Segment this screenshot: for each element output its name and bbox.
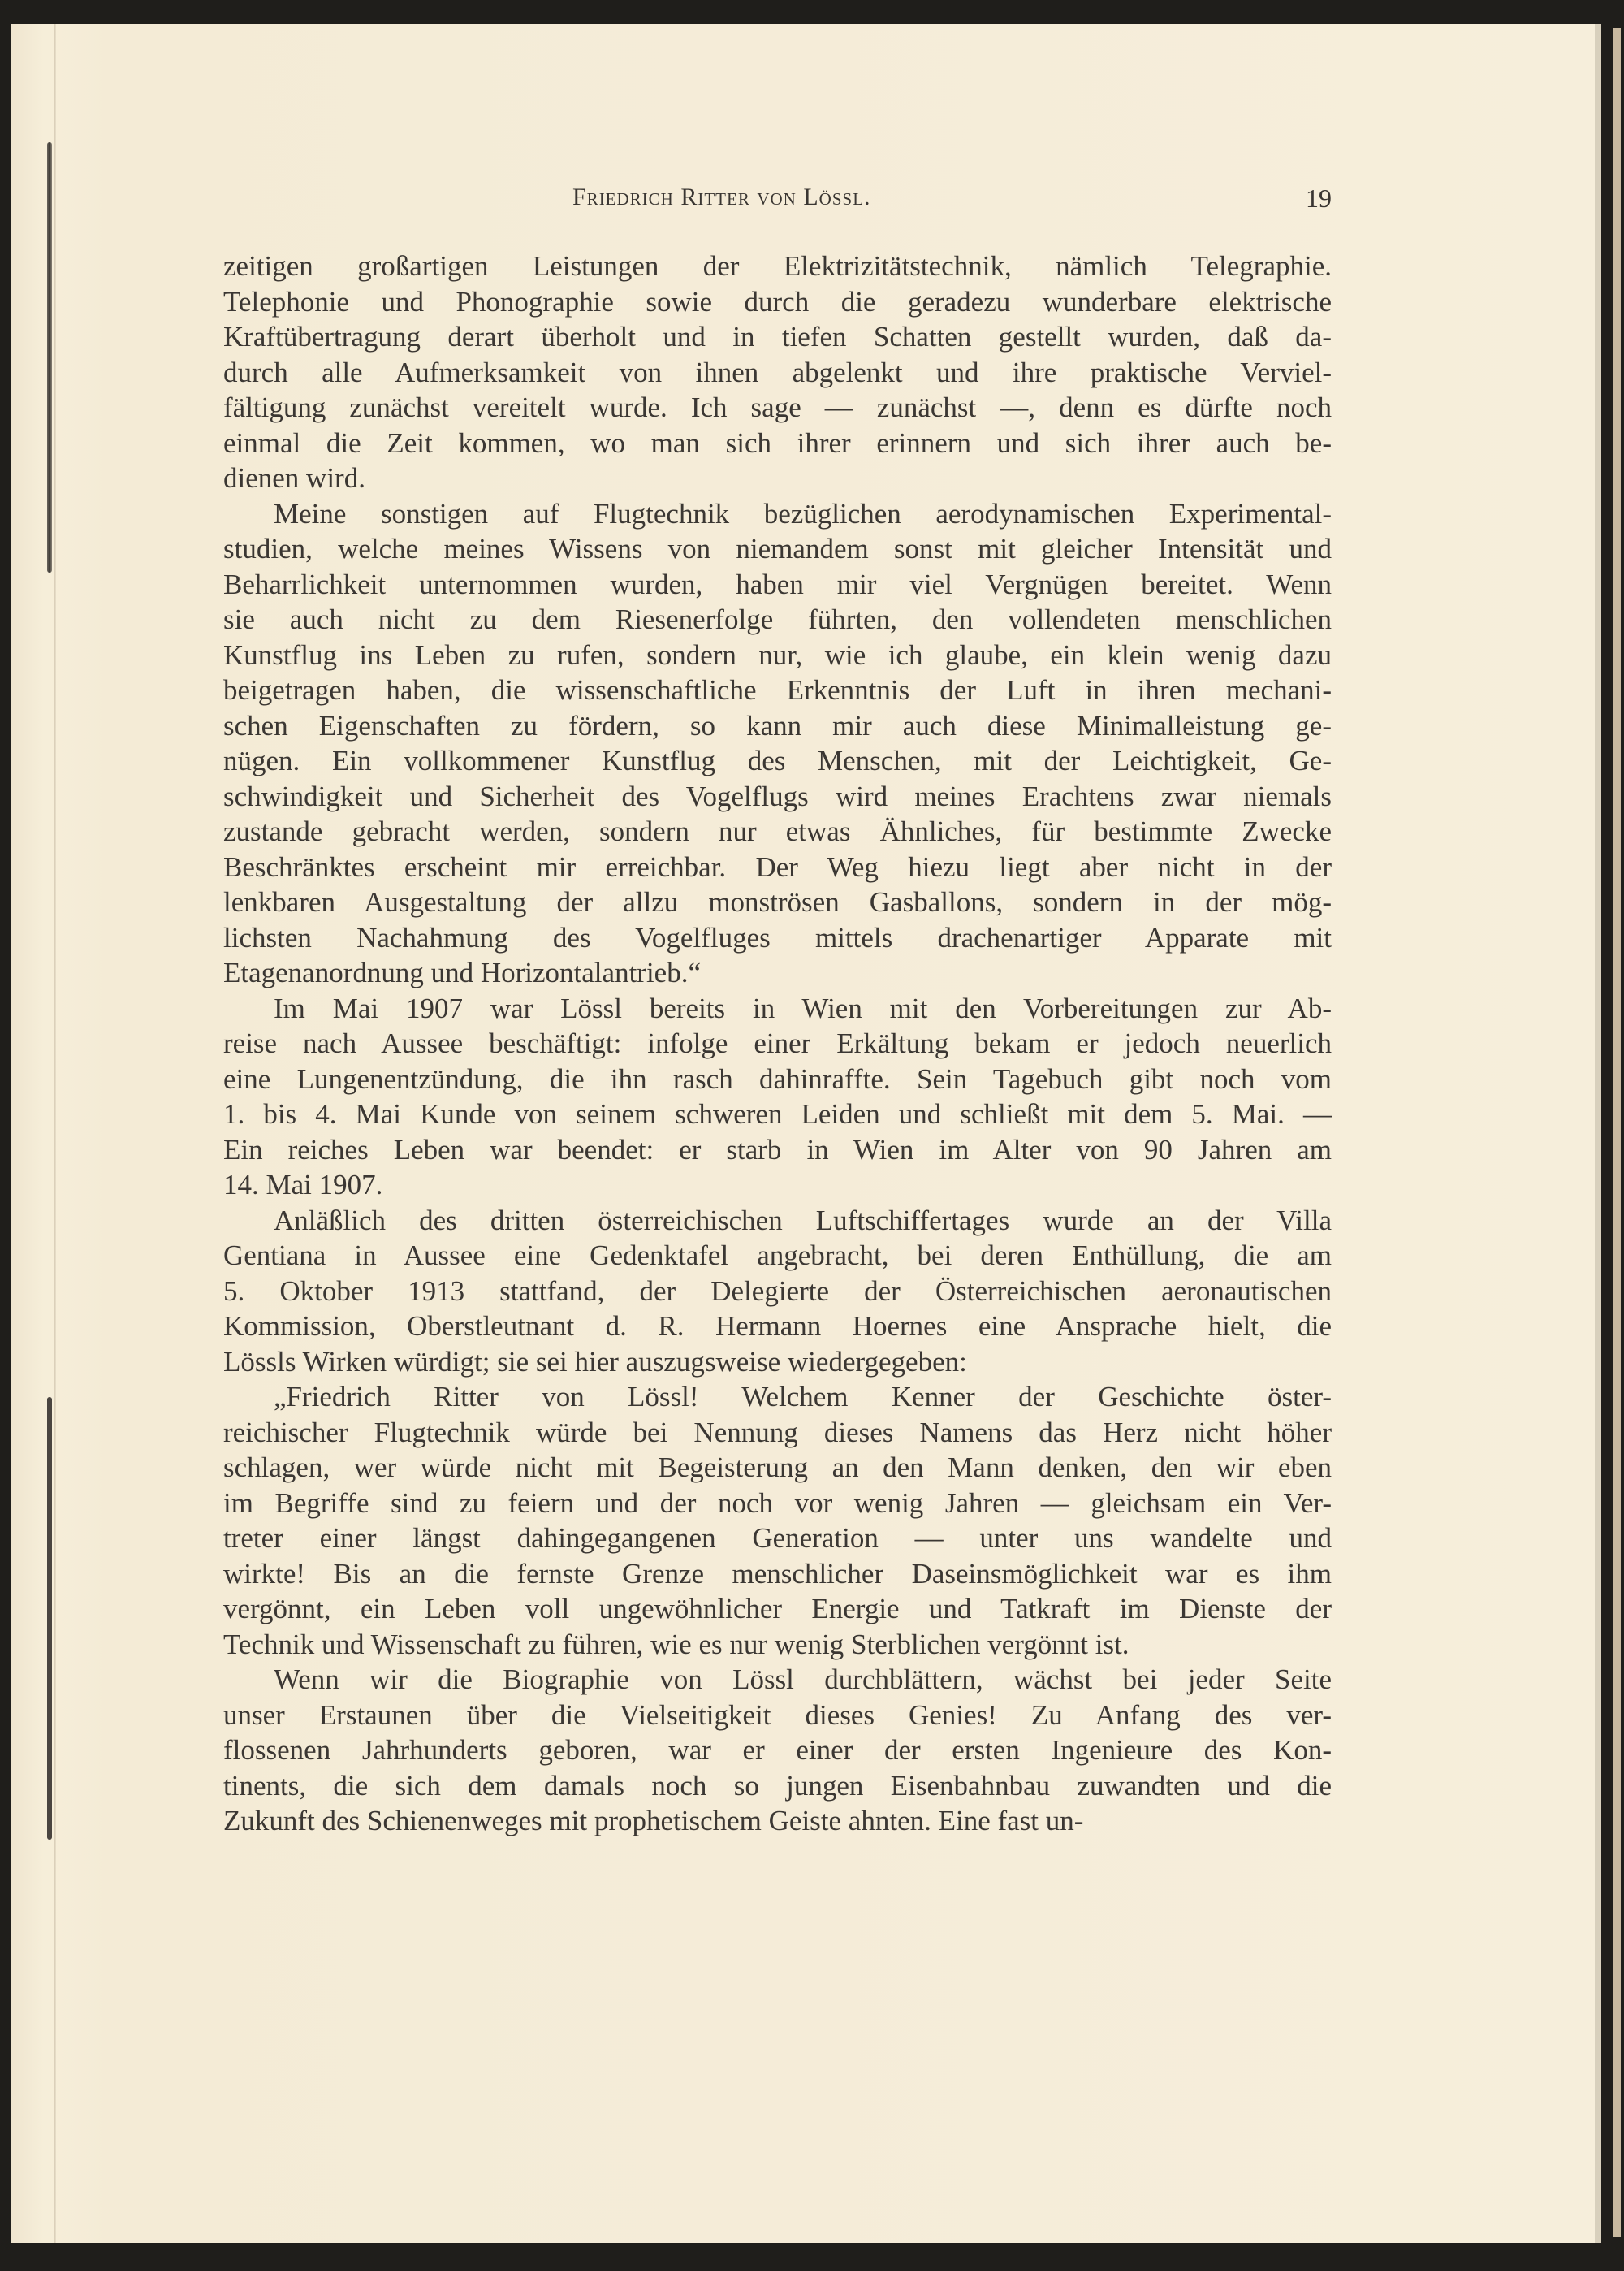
text-line: lenkbaren Ausgestaltung der allzu monstr… <box>223 885 1332 920</box>
text-line: Ein reiches Leben war beendet: er starb … <box>223 1132 1332 1168</box>
text-line: schen Eigenschaften zu fördern, so kann … <box>223 708 1332 744</box>
text-line: 1. bis 4. Mai Kunde von seinem schweren … <box>223 1097 1332 1132</box>
text-line: Zukunft des Schienenweges mit prophetisc… <box>223 1803 1332 1839</box>
text-line: Kunstflug ins Leben zu rufen, sondern nu… <box>223 638 1332 673</box>
text-line: flossenen Jahrhunderts geboren, war er e… <box>223 1732 1332 1768</box>
text-line: wirkte! Bis an die fernste Grenze mensch… <box>223 1556 1332 1592</box>
binding-thread-lower <box>47 1397 52 1840</box>
text-line: schlagen, wer würde nicht mit Begeisteru… <box>223 1450 1332 1486</box>
text-line: Im Mai 1907 war Lössl bereits in Wien mi… <box>223 991 1332 1027</box>
text-line: vergönnt, ein Leben voll ungewöhnlicher … <box>223 1591 1332 1627</box>
paragraph: Anläßlich des dritten österreichischen L… <box>223 1203 1332 1380</box>
text-line: Beschränktes erscheint mir erreichbar. D… <box>223 850 1332 885</box>
text-line: eine Lungenentzündung, die ihn rasch dah… <box>223 1062 1332 1097</box>
text-line: lichsten Nachahmung des Vogelfluges mitt… <box>223 920 1332 956</box>
text-line: durch alle Aufmerksamkeit von ihnen abge… <box>223 355 1332 391</box>
text-line: beigetragen haben, die wissenschaftliche… <box>223 673 1332 708</box>
text-line: fältigung zunächst vereitelt wurde. Ich … <box>223 390 1332 426</box>
text-line: studien, welche meines Wissens von niema… <box>223 531 1332 567</box>
text-line: Kommission, Oberstleutnant d. R. Hermann… <box>223 1309 1332 1344</box>
text-line: reise nach Aussee beschäftigt: infolge e… <box>223 1026 1332 1062</box>
text-line: Gentiana in Aussee eine Gedenktafel ange… <box>223 1238 1332 1274</box>
running-head: Friedrich Ritter von Lössl. 19 <box>223 184 1332 220</box>
text-line: 5. Oktober 1913 stattfand, der Delegiert… <box>223 1274 1332 1309</box>
text-line: treter einer längst dahingegangenen Gene… <box>223 1520 1332 1556</box>
text-line: 14. Mai 1907. <box>223 1167 1332 1203</box>
paragraph: „Friedrich Ritter von Lössl! Welchem Ken… <box>223 1379 1332 1662</box>
paragraph: zeitigen großartigen Leistungen der Elek… <box>223 249 1332 496</box>
paragraph: Wenn wir die Biographie von Lössl durchb… <box>223 1662 1332 1839</box>
body-text: zeitigen großartigen Leistungen der Elek… <box>223 249 1332 1839</box>
text-line: Anläßlich des dritten österreichischen L… <box>223 1203 1332 1239</box>
text-line: einmal die Zeit kommen, wo man sich ihre… <box>223 426 1332 461</box>
text-line: zustande gebracht werden, sondern nur et… <box>223 814 1332 850</box>
paragraph: Im Mai 1907 war Lössl bereits in Wien mi… <box>223 991 1332 1203</box>
running-title: Friedrich Ritter von Lössl. <box>572 184 871 211</box>
text-line: Telephonie und Phonographie sowie durch … <box>223 284 1332 320</box>
text-line: Technik und Wissenschaft zu führen, wie … <box>223 1627 1332 1663</box>
text-line: schwindigkeit und Sicherheit des Vogelfl… <box>223 779 1332 815</box>
page-number: 19 <box>1306 184 1332 214</box>
text-line: Meine sonstigen auf Flugtechnik bezüglic… <box>223 496 1332 532</box>
text-line: Kraftübertragung derart überholt und in … <box>223 319 1332 355</box>
text-line: im Begriffe sind zu feiern und der noch … <box>223 1486 1332 1521</box>
text-line: nügen. Ein vollkommener Kunstflug des Me… <box>223 743 1332 779</box>
binding-thread-upper <box>47 142 52 573</box>
text-line: dienen wird. <box>223 461 1332 496</box>
text-line: sie auch nicht zu dem Riesenerfolge führ… <box>223 602 1332 638</box>
text-line: „Friedrich Ritter von Lössl! Welchem Ken… <box>223 1379 1332 1415</box>
paragraph: Meine sonstigen auf Flugtechnik bezüglic… <box>223 496 1332 991</box>
text-line: Etagenanordnung und Horizontalantrieb.“ <box>223 955 1332 991</box>
gutter-fold <box>54 24 56 2243</box>
text-line: Beharrlichkeit unternommen wurden, haben… <box>223 567 1332 603</box>
text-line: unser Erstaunen über die Vielseitigkeit … <box>223 1698 1332 1733</box>
text-line: zeitigen großartigen Leistungen der Elek… <box>223 249 1332 284</box>
text-line: Lössls Wirken würdigt; sie sei hier ausz… <box>223 1344 1332 1380</box>
text-line: Wenn wir die Biographie von Lössl durchb… <box>223 1662 1332 1698</box>
text-line: tinents, die sich dem damals noch so jun… <box>223 1768 1332 1804</box>
page-edge <box>1613 28 1621 2237</box>
text-line: reichischer Flugtechnik würde bei Nennun… <box>223 1415 1332 1451</box>
